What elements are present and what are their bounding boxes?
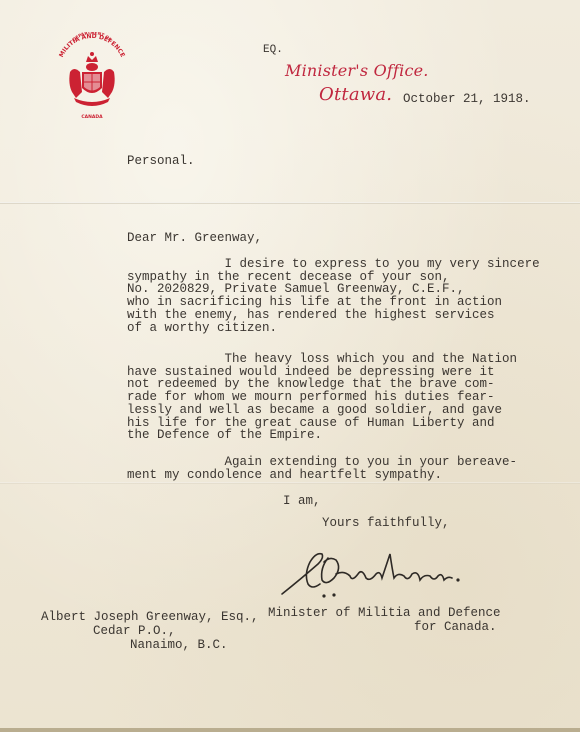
paragraph-2: The heavy loss which you and the Nation … xyxy=(127,353,517,442)
svg-text:CANADA: CANADA xyxy=(81,114,103,120)
letterhead-office: Minister's Office. xyxy=(285,61,429,80)
signature-icon xyxy=(272,548,482,608)
text-line: ment my condolence and heartfelt sympath… xyxy=(127,469,517,482)
paper-edge xyxy=(0,728,580,732)
signatory-title-country: for Canada. xyxy=(414,620,497,634)
coat-of-arms-icon: DEPARTMENT OF MILITIA AND DEFENCE CANADA xyxy=(52,32,132,122)
text-line: lessly and well as became a good soldier… xyxy=(127,404,517,417)
fold-crease xyxy=(0,482,580,484)
text-line: Again extending to you in your bereave- xyxy=(127,456,517,469)
salutation: Dear Mr. Greenway, xyxy=(127,232,262,245)
text-line: with the enemy, has rendered the highest… xyxy=(127,309,540,322)
signatory-title: Minister of Militia and Defence xyxy=(268,606,501,620)
text-line: the Defence of the Empire. xyxy=(127,429,517,442)
letterhead-city: Ottawa. xyxy=(319,84,392,105)
reference-code: EQ. xyxy=(263,44,283,56)
fold-crease xyxy=(0,202,580,204)
text-line: who in sacrificing his life at the front… xyxy=(127,296,540,309)
paragraph-3: Again extending to you in your bereave- … xyxy=(127,456,517,481)
recipient-address-line: Cedar P.O., xyxy=(93,624,176,639)
letter-date: October 21, 1918. xyxy=(403,92,531,106)
text-line: rade for whom we mourn performed his dut… xyxy=(127,391,517,404)
personal-marking: Personal. xyxy=(127,155,195,168)
text-line: The heavy loss which you and the Nation xyxy=(127,353,517,366)
text-line: I desire to express to you my very since… xyxy=(127,258,540,271)
recipient-name: Albert Joseph Greenway, Esq., xyxy=(41,610,259,625)
valediction: Yours faithfully, xyxy=(322,517,450,530)
text-line: of a worthy citizen. xyxy=(127,322,540,335)
paragraph-1: I desire to express to you my very since… xyxy=(127,258,540,334)
closing: I am, xyxy=(283,495,321,508)
recipient-address-line: Nanaimo, B.C. xyxy=(130,638,228,653)
